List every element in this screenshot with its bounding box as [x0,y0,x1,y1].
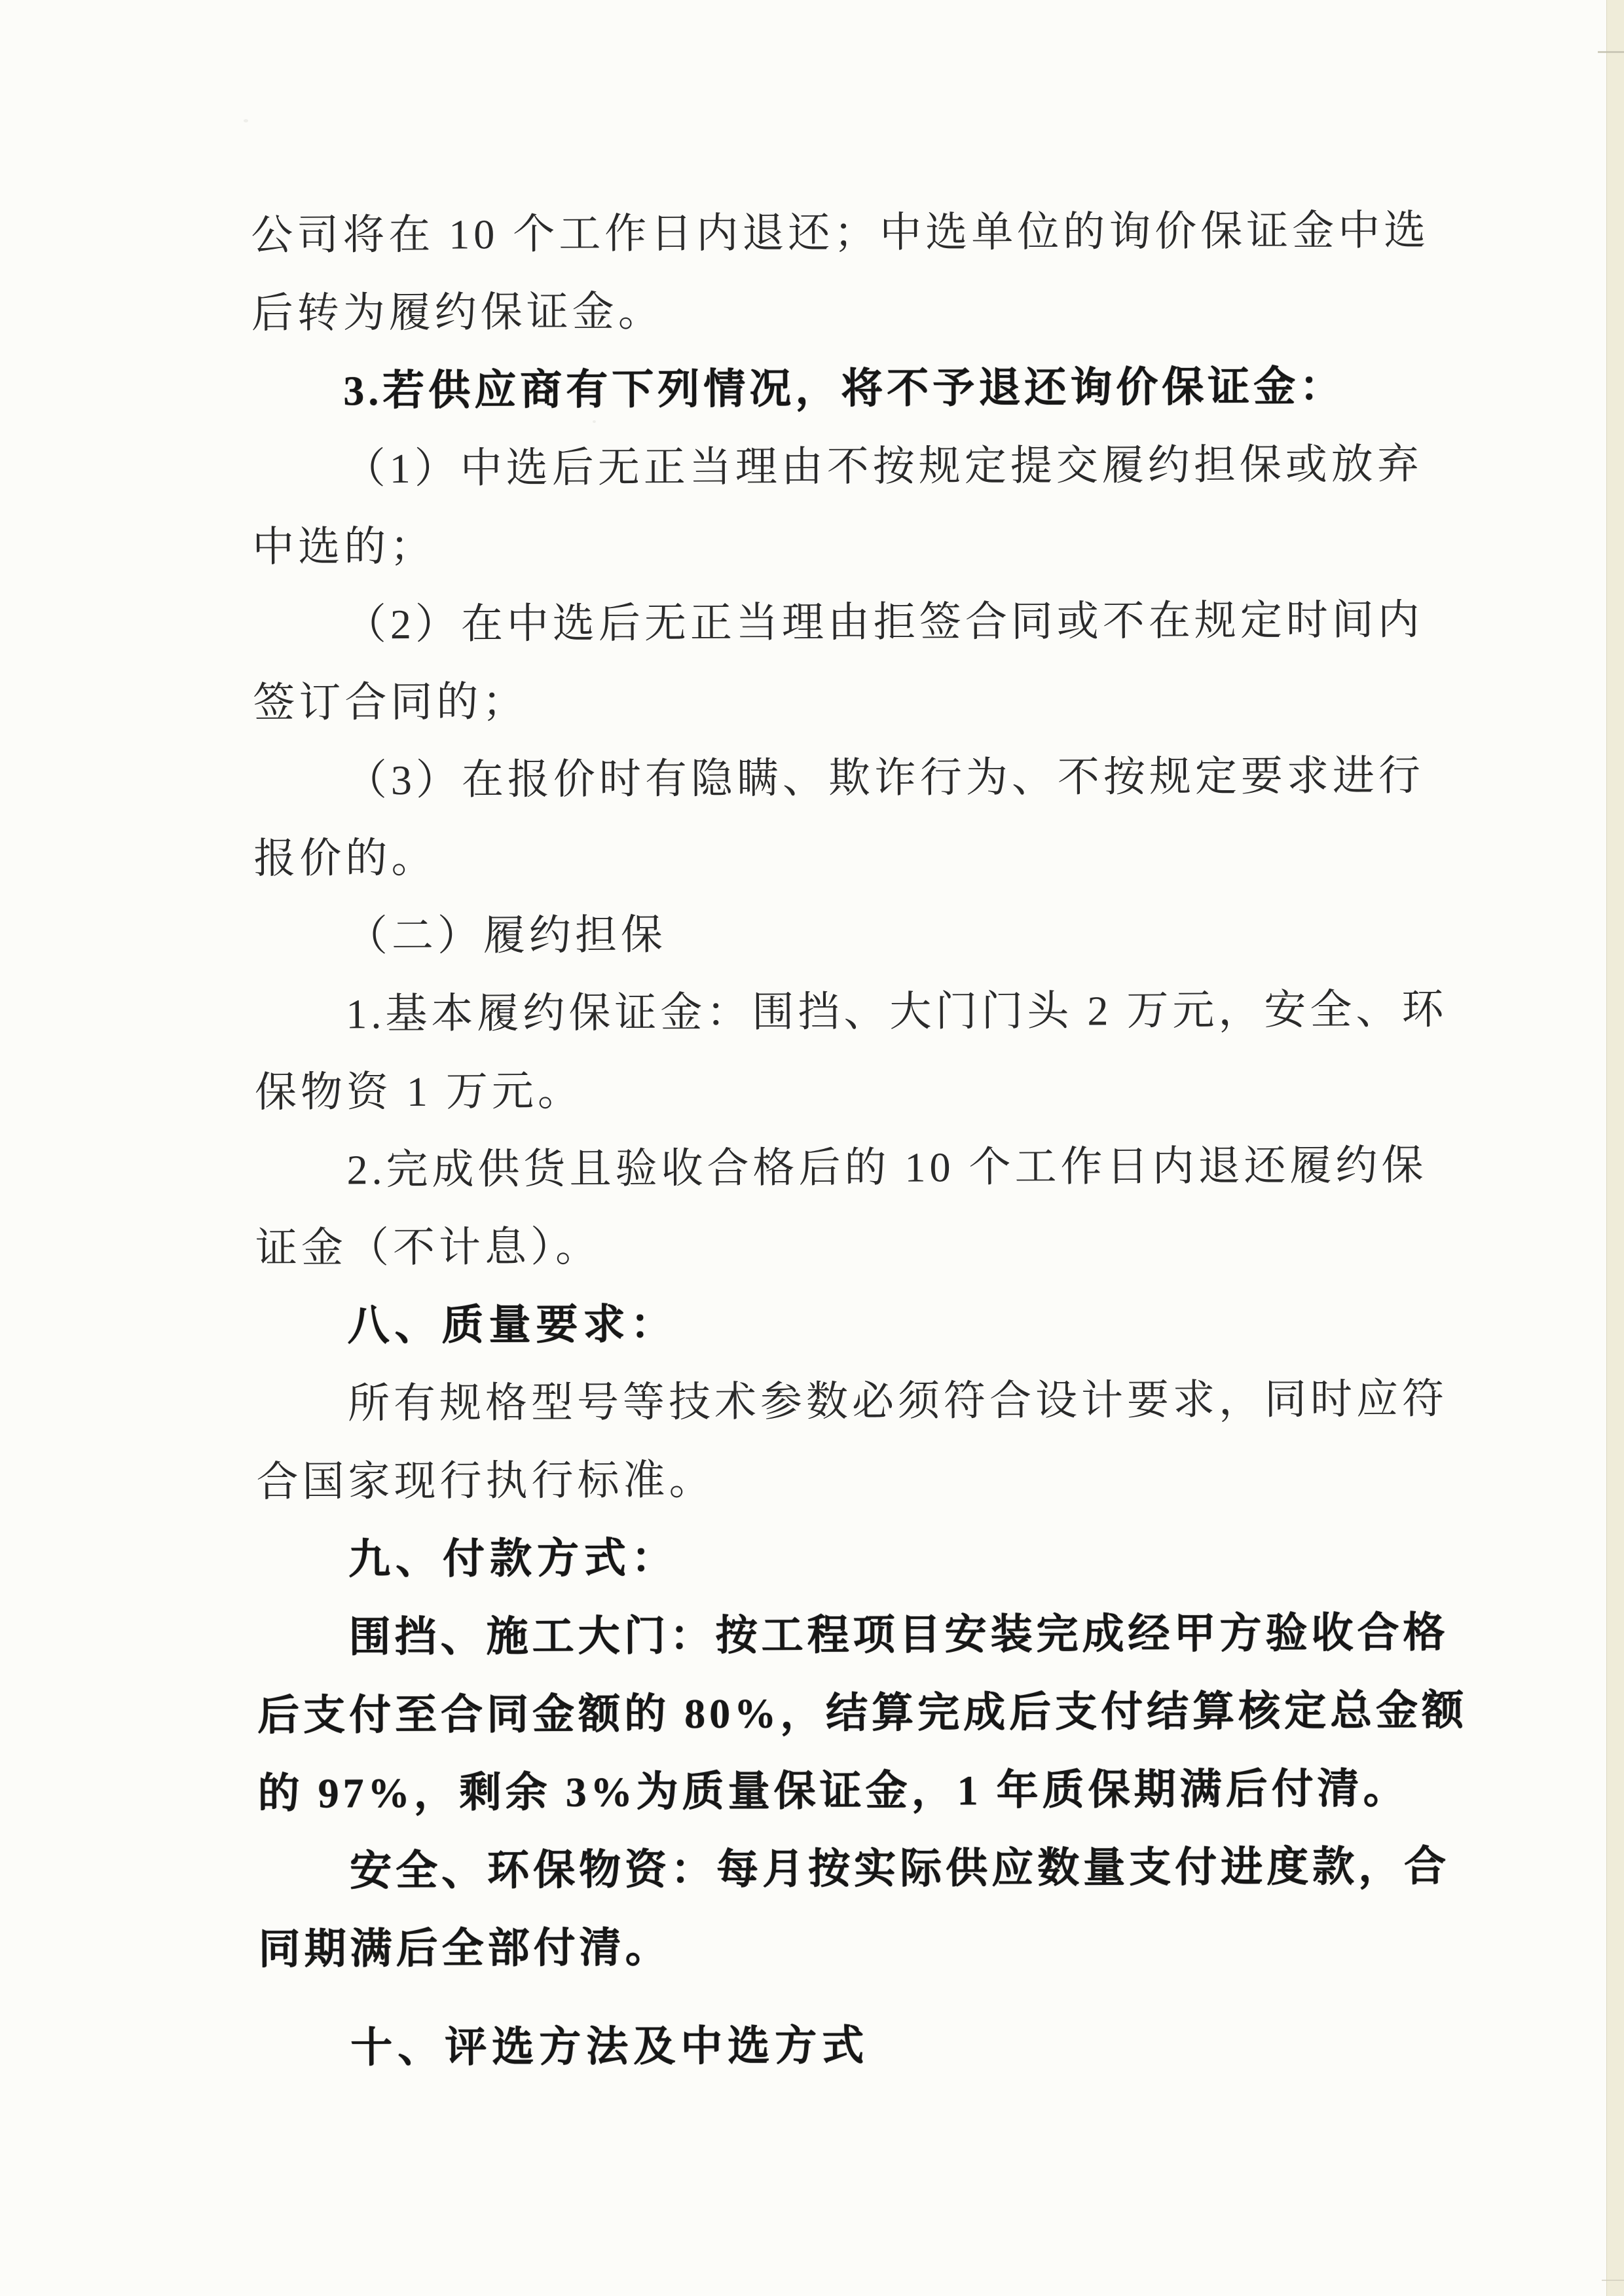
text-line: 3.若供应商有下列情况，将不予退还询价保证金： [251,347,1414,430]
text-block: 公司将在 10 个工作日内退还；中选单位的询价保证金中选后转为履约保证金。3.若… [251,191,1422,2087]
scan-speck [593,420,596,423]
text-line: 报价的。 [253,814,1416,898]
text-line: 公司将在 10 个工作日内退还；中选单位的询价保证金中选 [251,191,1414,274]
text-line: 所有规格型号等技术参数必须符合设计要求，同时应符 [256,1360,1419,1443]
section-heading: 九、付款方式： [257,1516,1420,1599]
scan-speck [244,119,248,122]
text-line: 后转为履约保证金。 [251,269,1414,352]
text-line: 合国家现行执行标准。 [256,1438,1419,1521]
text-line: 2.完成供货且验收合格后的 10 个工作日内退还履约保 [255,1126,1418,1209]
section-heading: 十、评选方法及中选方式 [259,2004,1422,2087]
text-line: （1）中选后无正当理由不按规定提交履约担保或放弃 [252,425,1415,508]
scan-speck [1361,776,1365,779]
text-line: （二）履约担保 [254,892,1417,975]
text-line: 安全、环保物资：每月按实际供应数量支付进度款，合 [258,1827,1421,1910]
text-line: 围挡、施工大门：按工程项目安装完成经甲方验收合格 [257,1594,1420,1677]
scan-artifact-line-top [1598,51,1624,53]
text-line: （2）在中选后无正当理由拒签合同或不在规定时间内 [253,581,1416,664]
scan-artifact-line-bottom [1602,2280,1624,2281]
text-line: （3）在报价时有隐瞒、欺诈行为、不按规定要求进行 [253,737,1416,820]
text-line: 保物资 1 万元。 [255,1048,1418,1131]
text-line: 证金（不计息）。 [255,1204,1418,1287]
scan-edge-artifact [1606,0,1624,2296]
text-line: 后支付至合同金额的 80%，结算完成后支付结算核定总金额 [257,1671,1420,1755]
text-line: 1.基本履约保证金：围挡、大门门头 2 万元，安全、环 [254,970,1417,1053]
text-line: 签订合同的； [253,659,1416,742]
scanned-document-page: 公司将在 10 个工作日内退还；中选单位的询价保证金中选后转为履约保证金。3.若… [0,0,1624,2296]
section-heading: 八、质量要求： [255,1282,1418,1365]
text-line: 中选的； [252,503,1415,586]
text-line: 的 97%，剩余 3%为质量保证金，1 年质保期满后付清。 [257,1749,1420,1832]
text-line: 同期满后全部付清。 [258,1905,1421,1988]
